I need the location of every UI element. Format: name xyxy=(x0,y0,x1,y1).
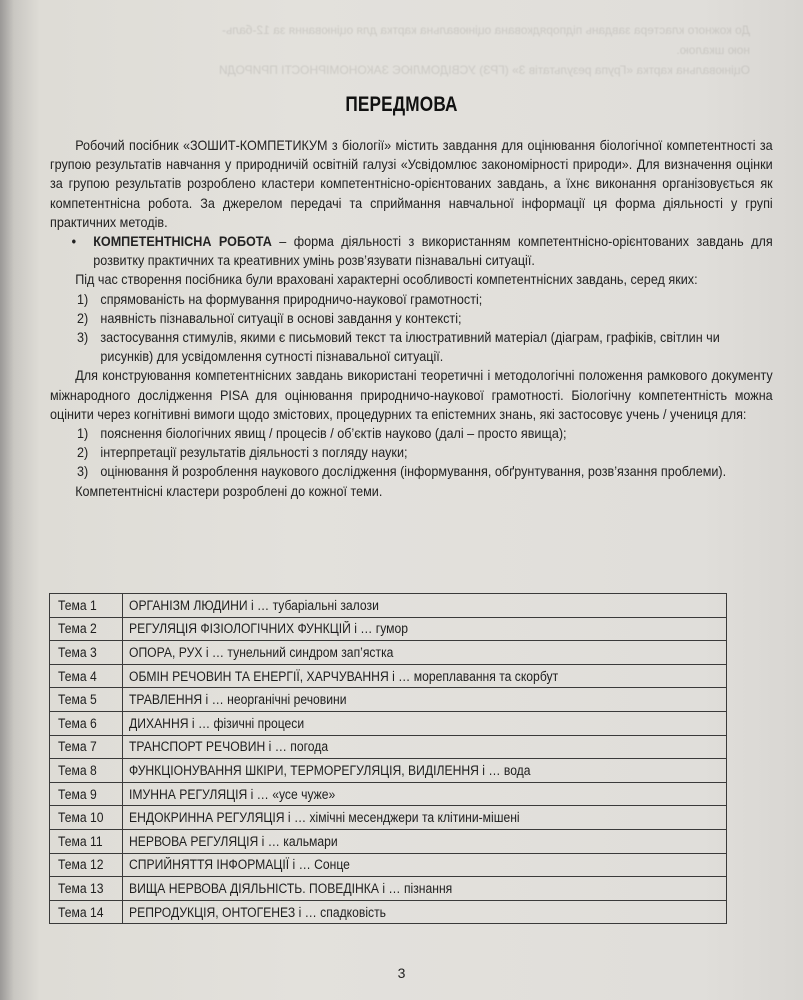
table-row: Тема 14РЕПРОДУКЦІЯ, ОНТОГЕНЕЗ і … спадко… xyxy=(50,900,727,924)
topic-title: ОПОРА, РУХ і … тунельний синдром зап’яст… xyxy=(123,641,727,665)
definition-term: КОМПЕТЕНТНІСНА РОБОТА xyxy=(93,233,272,249)
topic-title: ОБМІН РЕЧОВИН ТА ЕНЕРГІЇ, ХАРЧУВАННЯ і …… xyxy=(123,664,727,688)
topic-title: ТРАВЛЕННЯ і … неорганічні речовини xyxy=(123,688,727,712)
list-item: 3) оцінювання й розроблення наукового до… xyxy=(77,462,773,481)
table-row: Тема 8ФУНКЦІОНУВАННЯ ШКІРИ, ТЕРМОРЕГУЛЯЦ… xyxy=(50,759,727,783)
features-intro: Під час створення посібника були врахова… xyxy=(50,270,773,289)
table-row: Тема 1ОРГАНІЗМ ЛЮДИНИ і … тубаріальні за… xyxy=(50,594,727,618)
topic-title: ФУНКЦІОНУВАННЯ ШКІРИ, ТЕРМОРЕГУЛЯЦІЯ, ВИ… xyxy=(123,759,727,783)
clusters-note: Компетентнісні кластери розроблені до ко… xyxy=(50,482,773,501)
topic-title: ВИЩА НЕРВОВА ДІЯЛЬНІСТЬ. ПОВЕДІНКА і … п… xyxy=(123,877,727,901)
topic-number: Тема 9 xyxy=(50,782,123,806)
topic-number: Тема 3 xyxy=(50,641,123,665)
topic-title: ЕНДОКРИННА РЕГУЛЯЦІЯ і … хімічні месендж… xyxy=(123,806,727,830)
table-row: Тема 5ТРАВЛЕННЯ і … неорганічні речовини xyxy=(50,688,727,712)
preface-body: Робочий посібник «ЗОШИТ-КОМПЕТИКУМ з біо… xyxy=(50,136,773,501)
topic-title: ОРГАНІЗМ ЛЮДИНИ і … тубаріальні залози xyxy=(123,594,727,618)
list-item: 1) пояснення біологічних явищ / процесів… xyxy=(77,424,773,443)
uses-list: 1) пояснення біологічних явищ / процесів… xyxy=(50,424,773,482)
features-list: 1) спрямованість на формування природнич… xyxy=(50,290,773,367)
bleed-through-text: До кожного кластера завдань підпорядкова… xyxy=(50,20,750,100)
list-item: 2) інтерпретації результатів діяльності … xyxy=(77,443,773,462)
topic-number: Тема 7 xyxy=(50,735,123,759)
table-row: Тема 7ТРАНСПОРТ РЕЧОВИН і … погода xyxy=(50,735,727,759)
bleed-line: ною шкалою. xyxy=(50,40,750,60)
topic-title: ДИХАННЯ і … фізичні процеси xyxy=(123,711,727,735)
intro-paragraph: Робочий посібник «ЗОШИТ-КОМПЕТИКУМ з біо… xyxy=(50,136,773,232)
table-row: Тема 10ЕНДОКРИННА РЕГУЛЯЦІЯ і … хімічні … xyxy=(50,806,727,830)
definition-bullet: • КОМПЕТЕНТНІСНА РОБОТА – форма діяльнос… xyxy=(72,232,773,270)
topics-table: Тема 1ОРГАНІЗМ ЛЮДИНИ і … тубаріальні за… xyxy=(49,593,727,924)
topic-title: НЕРВОВА РЕГУЛЯЦІЯ і … кальмари xyxy=(123,829,727,853)
bleed-line: Оцінювальна картка «Група результатів 3»… xyxy=(50,60,750,80)
table-row: Тема 9ІМУННА РЕГУЛЯЦІЯ і … «усе чуже» xyxy=(50,782,727,806)
book-page: До кожного кластера завдань підпорядкова… xyxy=(0,0,803,1000)
table-row: Тема 2РЕГУЛЯЦІЯ ФІЗІОЛОГІЧНИХ ФУНКЦІЙ і … xyxy=(50,617,727,641)
table-row: Тема 3ОПОРА, РУХ і … тунельний синдром з… xyxy=(50,641,727,665)
topic-number: Тема 8 xyxy=(50,759,123,783)
topic-title: ТРАНСПОРТ РЕЧОВИН і … погода xyxy=(123,735,727,759)
topic-title: ІМУННА РЕГУЛЯЦІЯ і … «усе чуже» xyxy=(123,782,727,806)
topic-number: Тема 10 xyxy=(50,806,123,830)
topic-number: Тема 6 xyxy=(50,711,123,735)
list-item: 3) застосування стимулів, якими є письмо… xyxy=(77,328,773,366)
table-row: Тема 12СПРИЙНЯТТЯ ІНФОРМАЦІЇ і … Сонце xyxy=(50,853,727,877)
topic-title: РЕПРОДУКЦІЯ, ОНТОГЕНЕЗ і … спадковість xyxy=(123,900,727,924)
topic-title: СПРИЙНЯТТЯ ІНФОРМАЦІЇ і … Сонце xyxy=(123,853,727,877)
list-item: 2) наявність пізнавальної ситуації в осн… xyxy=(77,309,773,328)
topic-number: Тема 14 xyxy=(50,900,123,924)
topic-title: РЕГУЛЯЦІЯ ФІЗІОЛОГІЧНИХ ФУНКЦІЙ і … гумо… xyxy=(123,617,727,641)
table-row: Тема 4ОБМІН РЕЧОВИН ТА ЕНЕРГІЇ, ХАРЧУВАН… xyxy=(50,664,727,688)
page-title: ПЕРЕДМОВА xyxy=(72,93,730,117)
topic-number: Тема 4 xyxy=(50,664,123,688)
bleed-line: До кожного кластера завдань підпорядкова… xyxy=(50,20,750,40)
topic-number: Тема 11 xyxy=(50,829,123,853)
table-row: Тема 11НЕРВОВА РЕГУЛЯЦІЯ і … кальмари xyxy=(50,829,727,853)
topic-number: Тема 5 xyxy=(50,688,123,712)
topic-number: Тема 1 xyxy=(50,594,123,618)
table-row: Тема 6ДИХАННЯ і … фізичні процеси xyxy=(50,711,727,735)
page-number: 3 xyxy=(0,965,803,981)
table-row: Тема 13ВИЩА НЕРВОВА ДІЯЛЬНІСТЬ. ПОВЕДІНК… xyxy=(50,877,727,901)
topic-number: Тема 13 xyxy=(50,877,123,901)
bullet-icon: • xyxy=(72,232,94,270)
list-item: 1) спрямованість на формування природнич… xyxy=(77,290,773,309)
topic-number: Тема 2 xyxy=(50,617,123,641)
pisa-paragraph: Для конструювання компетентнісних завдан… xyxy=(50,366,773,424)
topic-number: Тема 12 xyxy=(50,853,123,877)
